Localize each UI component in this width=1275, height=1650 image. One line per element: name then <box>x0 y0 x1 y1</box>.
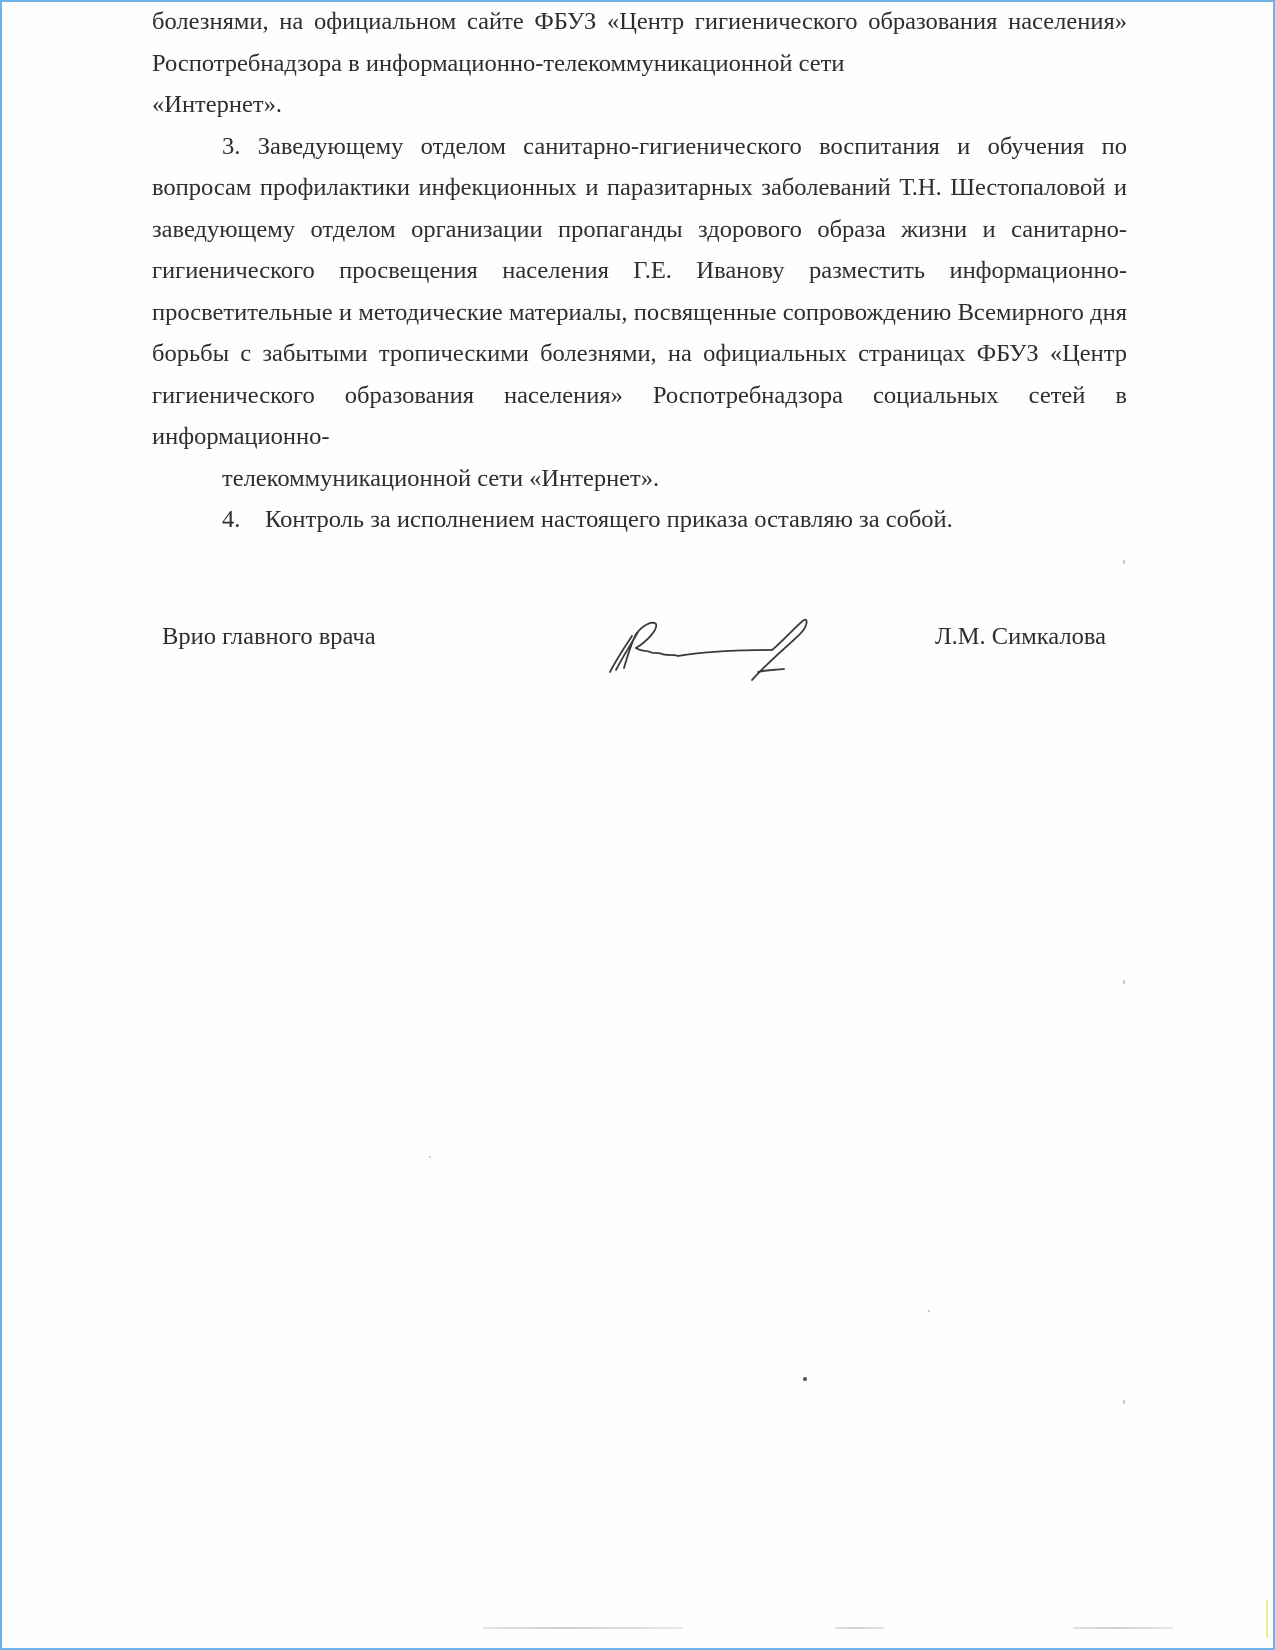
text-line: «Интернет». <box>152 84 1127 126</box>
scan-speck <box>928 1310 930 1312</box>
document-body: болезнями, на официальном сайте ФБУЗ «Це… <box>152 0 1127 541</box>
handwritten-signature-icon <box>602 612 817 684</box>
item-number: 3. <box>222 133 240 160</box>
signatory-position: Врио главного врача <box>162 623 376 651</box>
scan-footer-noise <box>1073 1627 1173 1629</box>
text-line: Заведующему отделом санитарно-гигиеничес… <box>258 133 971 160</box>
signatory-name: Л.М. Симкалова <box>935 623 1106 651</box>
text-line: болезнями, на официальном сайте ФБУЗ «Це… <box>152 8 997 35</box>
scan-speck <box>1123 1400 1125 1404</box>
paragraph-item-4: 4.Контроль за исполнением настоящего при… <box>152 499 1127 541</box>
item-number: 4. <box>222 499 265 541</box>
scan-edge-artifact <box>1266 1600 1268 1638</box>
text-line: Контроль за исполнением настоящего прика… <box>265 506 953 533</box>
scan-speck <box>803 1377 807 1381</box>
text-line: телекоммуникационной сети «Интернет». <box>152 458 1127 500</box>
scan-speck <box>1123 980 1125 984</box>
scan-speck <box>429 1156 431 1158</box>
scan-footer-noise <box>835 1627 885 1629</box>
scan-speck <box>1123 560 1125 564</box>
scan-footer-noise <box>483 1627 683 1629</box>
paragraph-continuation: болезнями, на официальном сайте ФБУЗ «Це… <box>152 1 1127 126</box>
paragraph-item-3: 3. Заведующему отделом санитарно-гигиени… <box>152 126 1127 500</box>
signature-block: Врио главного врача Л.М. Симкалова <box>0 620 1275 690</box>
